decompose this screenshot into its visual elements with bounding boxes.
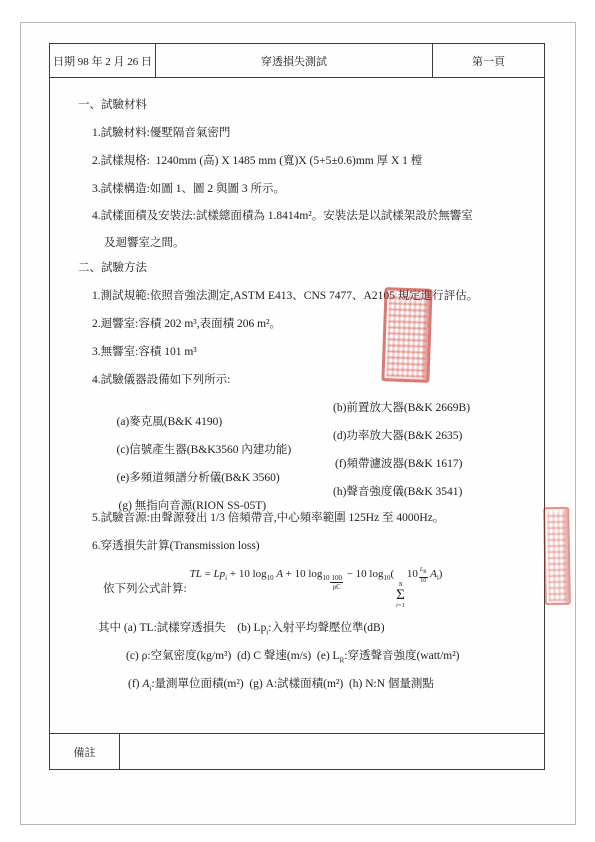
- where3-text-b: :量測單位面積(m²) (g) A:試樣面積(m²) (h) N:N 個量測點: [151, 678, 434, 690]
- sound-source-line: 5.試驗音源:由聲源發出 1/3 倍頻帶音,中心頻率範圍 125Hz 至 400…: [92, 511, 444, 525]
- reverb-room-line: 2.迴響室:容積 202 m³,表面積 206 m²。: [92, 317, 281, 331]
- equipment-item-e: (e)多頻道頻譜分析儀(B&K 3560): [117, 472, 280, 484]
- header-date: 日期 98 年 2 月 26 日: [50, 44, 156, 77]
- equipment-item-b: (b)前置放大器(B&K 2669B): [333, 401, 470, 415]
- formula-tl: TL: [190, 568, 202, 580]
- remarks-value: [120, 734, 544, 769]
- formula-label: 依下列公式計算:: [103, 580, 190, 596]
- formula-frac-num: 100: [330, 574, 343, 583]
- formula-exp-num: LR: [419, 567, 428, 577]
- remarks-row: 備註: [50, 733, 544, 769]
- formula-exp-L-sub: R: [423, 571, 426, 576]
- area-install-line-cont: 及迴響室之間。: [104, 236, 185, 250]
- where-line-3: (f) Ai:量測單位面積(m²) (g) A:試樣面積(m²) (h) N:N…: [128, 677, 434, 695]
- remarks-label: 備註: [50, 734, 120, 769]
- equipment-intro-line: 4.試驗儀器設備如下列所示:: [92, 373, 230, 387]
- red-seal-stamp: [381, 287, 432, 383]
- where1-text-a: 其中 (a) TL:試樣穿透損失 (b) Lp: [98, 622, 266, 634]
- formula-log1-sub: 10: [267, 575, 274, 583]
- formula-log2-sub: 10: [322, 575, 329, 583]
- area-install-line: 4.試樣面積及安裝法:試樣總面積為 1.8414m²。安裝法是以試樣架設於無響室: [92, 209, 473, 223]
- tl-calc-line: 6.穿透損失計算(Transmission loss): [92, 539, 260, 553]
- summation-lower: i=1: [396, 603, 405, 609]
- formula-exponent: LR10: [419, 567, 428, 584]
- equipment-item-c: (c)信號產生器(B&K3560 內建功能): [117, 444, 292, 456]
- anechoic-room-line: 3.無響室:容積 101 m³: [92, 345, 197, 359]
- where2-text-b: :穿透聲音強度(watt/m²): [344, 650, 459, 662]
- header-title: 穿透損失測試: [156, 44, 433, 77]
- section1-title: 一、試驗材料: [78, 98, 147, 112]
- structure-line: 3.試樣構造:如圖 1、圖 2 與圖 3 所示。: [92, 182, 285, 196]
- formula-area-var: A: [274, 568, 283, 580]
- section2-title: 二、試驗方法: [78, 261, 147, 275]
- summation-symbol: NΣi=1: [396, 582, 405, 608]
- equipment-item-f: (f)頻帶濾波器(B&K 1617): [335, 457, 462, 471]
- formula-fraction: 100ρC: [330, 574, 343, 591]
- header-page-number: 第一頁: [433, 44, 544, 77]
- formula-minus: − 10 log: [344, 568, 384, 580]
- report-page: 日期 98 年 2 月 26 日 穿透損失測試 第一頁 備註 一、試驗材料 1.…: [0, 0, 595, 842]
- formula-exp-den: 10: [420, 578, 426, 585]
- stamp-texture: [547, 511, 567, 601]
- where-line-1: 其中 (a) TL:試樣穿透損失 (b) Lpi:入射平均聲壓位準(dB): [98, 621, 385, 639]
- formula-math: TL = Lpi + 10 log10 A + 10 log10100ρC − …: [190, 567, 443, 608]
- sigma-glyph: Σ: [396, 588, 405, 602]
- formula-eq: =: [202, 568, 214, 580]
- edge-seal-stamp: [543, 507, 571, 605]
- where2-text-a: (c) ρ:空氣密度(kg/m³) (d) C 聲速(m/s) (e) L: [126, 650, 340, 662]
- where3-text-a: (f): [128, 678, 142, 690]
- formula-base10: 10: [407, 568, 418, 580]
- formula-line: 依下列公式計算: TL = Lpi + 10 log10 A + 10 log1…: [103, 571, 442, 605]
- formula-frac-den: ρC: [333, 583, 341, 591]
- formula-lp: Lp: [214, 568, 226, 580]
- formula-plus1: + 10 log: [227, 568, 267, 580]
- formula-ai-var: A: [428, 568, 437, 580]
- material-line: 1.試驗材料:優墅隔音氣密門: [92, 126, 230, 140]
- equipment-item-a: (a)麥克風(B&K 4190): [117, 416, 223, 428]
- formula-close-paren: ): [439, 568, 443, 580]
- header-row: 日期 98 年 2 月 26 日 穿透損失測試 第一頁: [50, 44, 544, 78]
- equipment-item-h: (h)聲音強度儀(B&K 3541): [333, 485, 462, 499]
- stamp-texture: [387, 292, 428, 377]
- spec-line: 2.試樣規格: 1240mm (高) X 1485 mm (寬)X (5+5±0…: [92, 154, 422, 168]
- equipment-item-d: (d)功率放大器(B&K 2635): [333, 429, 462, 443]
- formula-open-paren: (: [390, 568, 394, 580]
- where1-text-b: :入射平均聲壓位準(dB): [268, 622, 384, 634]
- formula-plus2: + 10 log: [283, 568, 323, 580]
- where-line-2: (c) ρ:空氣密度(kg/m³) (d) C 聲速(m/s) (e) LR:穿…: [126, 649, 460, 667]
